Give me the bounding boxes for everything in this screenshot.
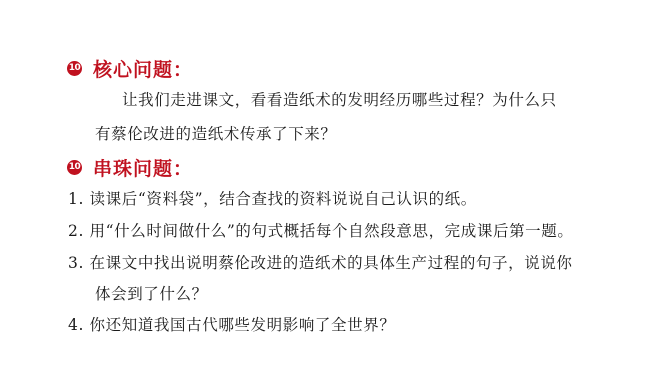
chained-questions-title: 串珠问题： [93,154,193,181]
question-item-2: 2. 用“什么时间做什么”的句式概括每个自然段意思，完成课后第一题。 [68,221,573,241]
question-item-3: 3. 在课文中找出说明蔡伦改进的造纸术的具体生产过程的句子，说说你 [68,253,573,273]
circled-number-icon: 10 [67,160,82,175]
circled-number-icon: 10 [67,61,82,76]
question-item-4: 4. 你还知道我国古代哪些发明影响了全世界？ [68,315,395,335]
core-question-line-2: 有蔡伦改进的造纸术传承了下来？ [95,124,337,144]
question-item-1: 1. 读课后“资料袋”，结合查找的资料说说自己认识的纸。 [68,189,477,209]
core-question-title: 核心问题： [93,55,193,82]
chained-questions-heading: 10 串珠问题： [67,154,193,180]
core-question-line-1: 让我们走进课文，看看造纸术的发明经历哪些过程？为什么只 [122,90,557,110]
question-item-3-continuation: 体会到了什么？ [95,284,208,304]
core-question-heading: 10 核心问题： [67,55,193,81]
